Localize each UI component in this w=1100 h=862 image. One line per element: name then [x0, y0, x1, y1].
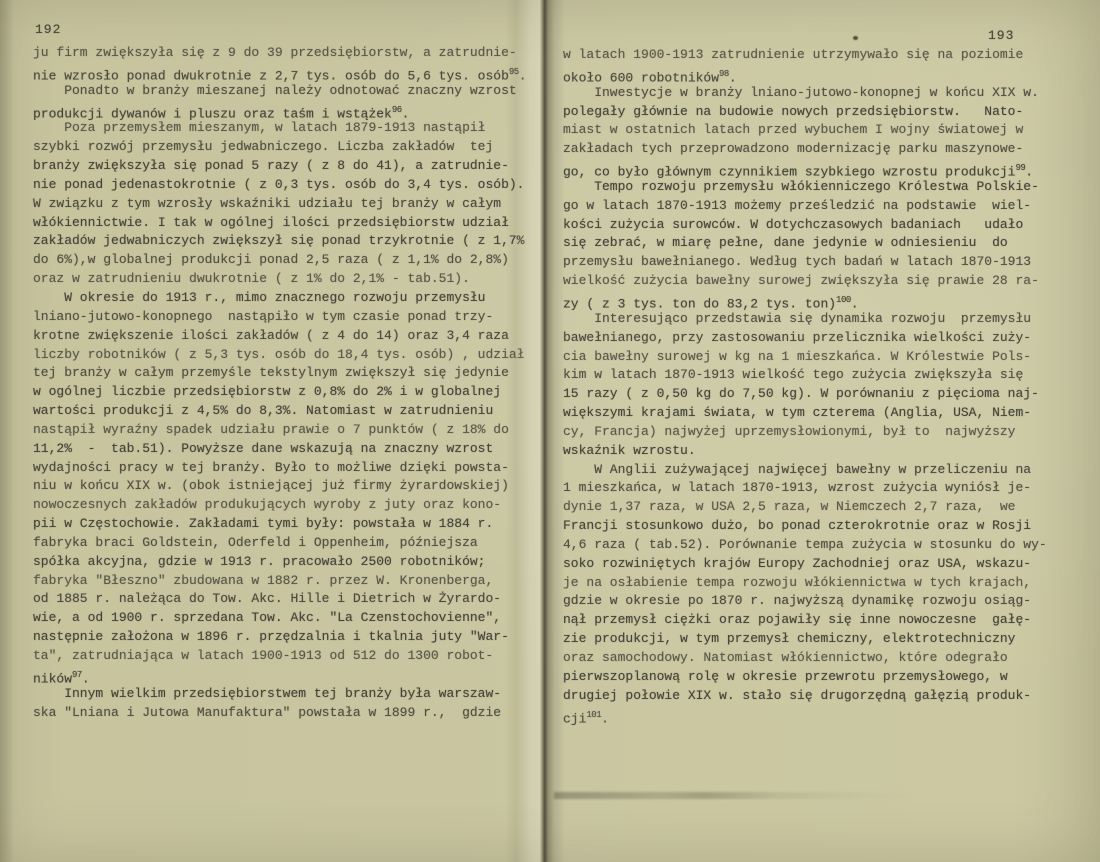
footnote-ref: 97 [72, 670, 82, 680]
text-line: wie, a od 1900 r. sprzedana Tow. Akc. "L… [33, 609, 535, 628]
text-line: się zebrać, w miarę pełne, dane jedynie … [563, 234, 1083, 253]
text-line: wydajności pracy w tej branży. Było to m… [33, 459, 535, 478]
ink-dot [853, 36, 858, 40]
text-line: fabryka "Błeszno" zbudowana w 1882 r. pr… [33, 572, 535, 591]
text-line: Ponadto w branży mieszanej należy odnoto… [33, 82, 535, 101]
footnote-ref: 99 [1015, 163, 1025, 173]
text-line: włókiennictwie. I tak w ogólnej ilości p… [33, 214, 535, 233]
text-line: cy, Francja) najwyżej uprzemysłowionymi,… [563, 423, 1083, 442]
text-line: soko rozwiniętych krajów Europy Zachodni… [563, 555, 1083, 574]
text-line: cia bawełny surowej w kg na 1 mieszkańca… [563, 348, 1083, 367]
text-line: zie produkcji, w tym przemysł chemiczny,… [563, 630, 1083, 649]
text-line: Innym wielkim przedsiębiorstwem tej bran… [33, 685, 535, 704]
text-line: go w latach 1870-1913 możemy prześledzić… [563, 197, 1083, 216]
text-line: pierwszoplanową rolę w okresie przewrotu… [563, 668, 1083, 687]
pencil-smudge [554, 792, 914, 799]
page-number-right: 193 [988, 28, 1014, 43]
text-line: Tempo rozwoju przemysłu włókienniczego K… [563, 178, 1083, 197]
page-192: 192 ju firm zwiększyła się z 9 do 39 prz… [0, 0, 536, 862]
text-line: tej branży w całym przemyśle tekstylnym … [33, 364, 535, 383]
text-line: branży zwiększyła się ponad 5 razy ( z 8… [33, 157, 535, 176]
text-line: przemysłu bawełnianego. Według tych bada… [563, 253, 1083, 272]
text-line: ska "Lniana i Jutowa Manufaktura" powsta… [33, 704, 535, 723]
text-line: dynie 1,37 raza, w USA 2,5 raza, w Niemc… [563, 498, 1083, 517]
text-line: zakładach tych przeprowadzono modernizac… [563, 140, 1083, 159]
footnote-ref: 101 [586, 710, 601, 720]
page-193: 193 w latach 1900-1913 zatrudnienie utrz… [536, 0, 1100, 862]
text-line: W Anglii zużywającej najwięcej bawełny w… [563, 461, 1083, 480]
text-line: w latach 1900-1913 zatrudnienie utrzymyw… [563, 46, 1083, 65]
text-line: nie ponad jedenastokrotnie ( z 0,3 tys. … [33, 176, 535, 195]
text-line: W związku z tym wzrosły wskaźniki udział… [33, 195, 535, 214]
text-line: wskaźnik wzrostu. [563, 442, 1083, 461]
text-line: oraz samochodowy. Natomiast włókiennictw… [563, 649, 1083, 668]
footnote-ref: 100 [836, 295, 851, 305]
text-line: Francji stosunkowo dużo, bo ponad cztero… [563, 517, 1083, 536]
text-line: nął przemysł ciężki oraz pojawiły się in… [563, 611, 1083, 630]
text-line: 15 razy ( z 0,50 kg do 7,50 kg). W porów… [563, 385, 1083, 404]
text-line: Interesująco przedstawia się dynamika ro… [563, 310, 1083, 329]
text-line: nowoczesnych zakładów produkujących wyro… [33, 496, 535, 515]
text-line: spółka akcyjna, gdzie w 1913 r. pracował… [33, 553, 535, 572]
text-line: pii w Częstochowie. Zakładami tymi były:… [33, 515, 535, 534]
text-line: większymi krajami świata, w tym czterema… [563, 404, 1083, 423]
text-line: krotne zwiększenie ilości zakładów ( z 4… [33, 327, 535, 346]
text-line: fabryka braci Goldstein, Oderfeld i Oppe… [33, 534, 535, 553]
text-line: w ogólnej liczbie przedsiębiorstw z 0,8%… [33, 383, 535, 402]
footnote-ref: 95 [509, 67, 519, 77]
book-spread: 192 ju firm zwiększyła się z 9 do 39 prz… [0, 0, 1100, 862]
text-line: bawełnianego, przy zastosowaniu przelicz… [563, 329, 1083, 348]
text-line: cji101. [563, 706, 1083, 725]
text-line: 4,6 raza ( tab.52). Porównanie tempa zuż… [563, 536, 1083, 555]
text-line: drugiej połowie XIX w. stało się drugorz… [563, 687, 1083, 706]
text-line: je na osłabienie tempa rozwoju włókienni… [563, 574, 1083, 593]
text-line: ju firm zwiększyła się z 9 do 39 przedsi… [33, 44, 535, 63]
text-line: polegały głównie na budowie nowych przed… [563, 103, 1083, 122]
text-line: produkcji dywanów i pluszu oraz taśm i w… [33, 101, 535, 120]
text-line: zy ( z 3 tys. ton do 83,2 tys. ton)100. [563, 291, 1083, 310]
text-line: około 600 robotników98. [563, 65, 1083, 84]
text-line: 11,2% - tab.51). Powyższe dane wskazują … [33, 440, 535, 459]
text-line: oraz w zatrudnieniu dwukrotnie ( z 1% do… [33, 270, 535, 289]
text-line: szybki rozwój przemysłu jedwabniczego. L… [33, 138, 535, 157]
text-line: wielkość zużycia bawełny surowej zwiększ… [563, 272, 1083, 291]
text-line: nastąpił wyraźny spadek udziału prawie o… [33, 421, 535, 440]
footnote-ref: 98 [719, 69, 729, 79]
text-line: 1 mieszkańca, w latach 1870-1913, wzrost… [563, 479, 1083, 498]
text-line: W okresie do 1913 r., mimo znacznego roz… [33, 289, 535, 308]
text-line: gdzie w okresie po 1870 r. najwyższą dyn… [563, 592, 1083, 611]
page-number-left: 192 [35, 22, 61, 37]
text-line: kości zużycia surowców. W dotychczasowyc… [563, 216, 1083, 235]
text-line: do 6%),w globalnej produkcji ponad 2,5 r… [33, 251, 535, 270]
text-line: wartości produkcji z 4,5% do 8,3%. Natom… [33, 402, 535, 421]
text-line: lniano-jutowo-konopnego nastąpiło w tym … [33, 308, 535, 327]
text-line: ników97. [33, 666, 535, 685]
text-line: liczby robotników ( z 5,3 tys. osób do 1… [33, 346, 535, 365]
text-line: od 1885 r. należąca do Tow. Akc. Hille i… [33, 590, 535, 609]
right-page-text: w latach 1900-1913 zatrudnienie utrzymyw… [563, 46, 1083, 724]
text-line: następnie założona w 1896 r. przędzalnia… [33, 628, 535, 647]
text-line: Poza przemysłem mieszanym, w latach 1879… [33, 119, 535, 138]
text-line: Inwestycje w branży lniano-jutowo-konopn… [563, 84, 1083, 103]
text-line: go, co było głównym czynnikiem szybkiego… [563, 159, 1083, 178]
left-page-text: ju firm zwiększyła się z 9 do 39 przedsi… [33, 44, 535, 722]
text-line: ta", zatrudniająca w latach 1900-1913 od… [33, 647, 535, 666]
text-line: miast w ostatnich latach przed wybuchem … [563, 121, 1083, 140]
text-line: kim w latach 1870-1913 wielkość tego zuż… [563, 366, 1083, 385]
footnote-ref: 96 [392, 105, 402, 115]
text-line: zakładów jedwabniczych zwiększył się pon… [33, 232, 535, 251]
text-line: niu w końcu XIX w. (obok istniejącej już… [33, 477, 535, 496]
text-line: nie wzrosło ponad dwukrotnie z 2,7 tys. … [33, 63, 535, 82]
